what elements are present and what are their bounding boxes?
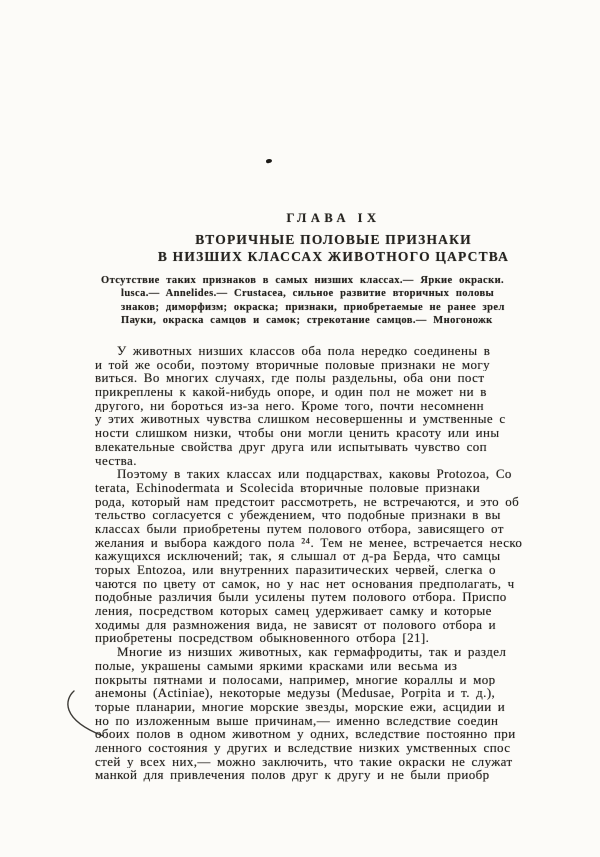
text-line: классах были приобретены путем полового … xyxy=(95,522,572,536)
text-line: lusca.— Annelides.— Crustacea, сильное р… xyxy=(95,287,572,300)
text-line: ходимы для размножения вида, не зависят … xyxy=(95,618,572,632)
text-line: кажущихся исключений; так, я слышал от д… xyxy=(95,549,572,563)
text-line: покрыты пятнами и полосами, например, мн… xyxy=(95,673,572,687)
text-line: но по изложенным выше причинам,— именно … xyxy=(95,714,572,728)
text-line: знаков; диморфизм; окраска; признаки, пр… xyxy=(95,301,572,314)
text-line: рода, который нам предстоит рассмотреть,… xyxy=(95,495,572,509)
text-line: и той же особи, поэтому вторичные половы… xyxy=(95,358,572,372)
text-line: торых Entozoa, или внутренних паразитиче… xyxy=(95,563,572,577)
chapter-synopsis: Отсутствие таких признаков в самых низши… xyxy=(95,274,572,328)
text-line: полые, украшены самыми яркими красками и… xyxy=(95,659,572,673)
text-line: ности слишком низки, чтобы они могли цен… xyxy=(95,426,572,440)
page-title: ВТОРИЧНЫЕ ПОЛОВЫЕ ПРИЗНАКИ В НИЗШИХ КЛАС… xyxy=(95,231,572,265)
text-line: Многие из низших животных, как гермафрод… xyxy=(95,645,572,659)
text-line: анемоны (Actiniae), некоторые медузы (Me… xyxy=(95,686,572,700)
text-line: Пауки, окраска самцов и самок; стрекотан… xyxy=(95,314,572,327)
text-column: ГЛАВА IX ВТОРИЧНЫЕ ПОЛОВЫЕ ПРИЗНАКИ В НИ… xyxy=(95,0,572,857)
scanned-book-page: ГЛАВА IX ВТОРИЧНЫЕ ПОЛОВЫЕ ПРИЗНАКИ В НИ… xyxy=(0,0,600,857)
text-line: подобные различия были усилены путем пол… xyxy=(95,590,572,604)
paragraph-2: Поэтому в таких классах или подцарствах,… xyxy=(95,467,572,645)
chapter-heading: ГЛАВА IX xyxy=(95,211,572,226)
text-line: У животных низших классов оба пола неред… xyxy=(95,344,572,358)
text-line: манкой для привлечения полов друг к друг… xyxy=(95,768,572,782)
text-line: торые планарии, многие морские звезды, м… xyxy=(95,700,572,714)
text-line: обоих полов в одном животном у одних, вс… xyxy=(95,727,572,741)
text-line: чества. xyxy=(95,454,572,468)
text-line: стей у всех них,— можно заключить, что т… xyxy=(95,755,572,769)
text-line: ленного состояния у других и вследствие … xyxy=(95,741,572,755)
text-line: Отсутствие таких признаков в самых низши… xyxy=(95,274,572,287)
text-line: влекательные свойства друг друга или исп… xyxy=(95,440,572,454)
text-line: чаются по цвету от самок, но у нас нет о… xyxy=(95,577,572,591)
text-line: желания и выбора каждого пола ²⁴. Тем не… xyxy=(95,536,572,550)
paragraph-3: Многие из низших животных, как гермафрод… xyxy=(95,645,572,782)
page-title-line-1: ВТОРИЧНЫЕ ПОЛОВЫЕ ПРИЗНАКИ xyxy=(95,231,572,248)
text-line: тельство согласуется с убеждением, что п… xyxy=(95,508,572,522)
body-text: У животных низших классов оба пола неред… xyxy=(95,344,572,782)
text-line: виться. Во многих случаях, где полы разд… xyxy=(95,371,572,385)
paragraph-1: У животных низших классов оба пола неред… xyxy=(95,344,572,467)
page-title-line-2: В НИЗШИХ КЛАССАХ ЖИВОТНОГО ЦАРСТВА xyxy=(95,248,572,265)
text-line: Поэтому в таких классах или подцарствах,… xyxy=(95,467,572,481)
text-line: terata, Echinodermata и Scolecida вторич… xyxy=(95,481,572,495)
text-line: у этих животных чувства слишком несоверш… xyxy=(95,412,572,426)
text-line: ления, посредством которых самец удержив… xyxy=(95,604,572,618)
text-line: прикреплены к какой-нибудь опоре, и один… xyxy=(95,385,572,399)
text-line: другого, ни бороться из-за него. Кроме т… xyxy=(95,399,572,413)
text-line: приобретены посредством обыкновенного от… xyxy=(95,631,572,645)
